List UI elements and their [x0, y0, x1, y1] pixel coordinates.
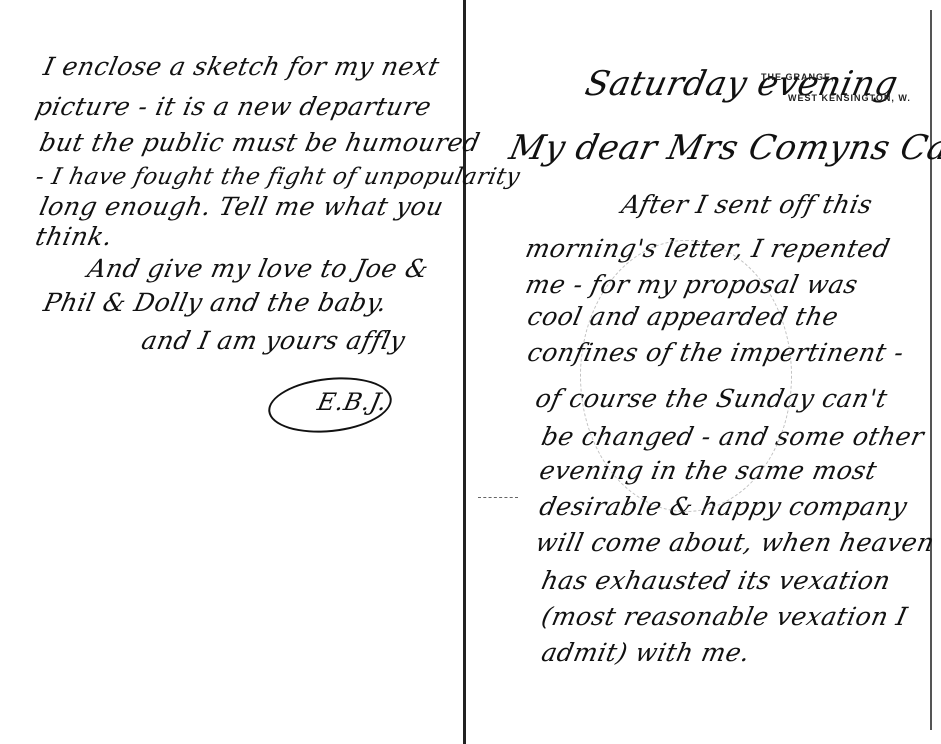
handwritten-line: And give my love to Joe &	[85, 254, 431, 283]
handwritten-line: I enclose a sketch for my next	[41, 52, 442, 81]
letterhead-line1: THE GRANGE,	[761, 72, 835, 82]
handwritten-line: long enough. Tell me what you	[37, 192, 446, 221]
handwritten-line: (most reasonable vexation I	[539, 602, 910, 631]
handwritten-line: has exhausted its vexation	[539, 566, 894, 595]
signature-monogram: E.B.J.	[315, 388, 390, 416]
letterhead-line2: WEST KENSINGTON, W.	[788, 93, 911, 103]
handwritten-line: After I sent off this	[619, 190, 875, 219]
handwritten-line: but the public must be humoured	[37, 128, 483, 157]
handwritten-line: admit) with me.	[539, 638, 753, 667]
dash-mark	[478, 497, 518, 498]
handwritten-line: will come about, when heaven	[533, 528, 937, 557]
salutation: My dear Mrs Comyns Carr	[506, 128, 941, 168]
handwritten-line: Phil & Dolly and the baby.	[41, 288, 390, 317]
handwritten-line: picture - it is a new departure	[33, 92, 434, 121]
handwritten-line: - I have fought the fight of unpopularit…	[33, 164, 522, 190]
left-page: I enclose a sketch for my next picture -…	[0, 0, 463, 744]
handwritten-line: think.	[33, 222, 116, 251]
letter-scan: I enclose a sketch for my next picture -…	[0, 0, 941, 744]
handwritten-closing: and I am yours affly	[139, 326, 408, 355]
faint-sketch-outline	[580, 240, 792, 512]
